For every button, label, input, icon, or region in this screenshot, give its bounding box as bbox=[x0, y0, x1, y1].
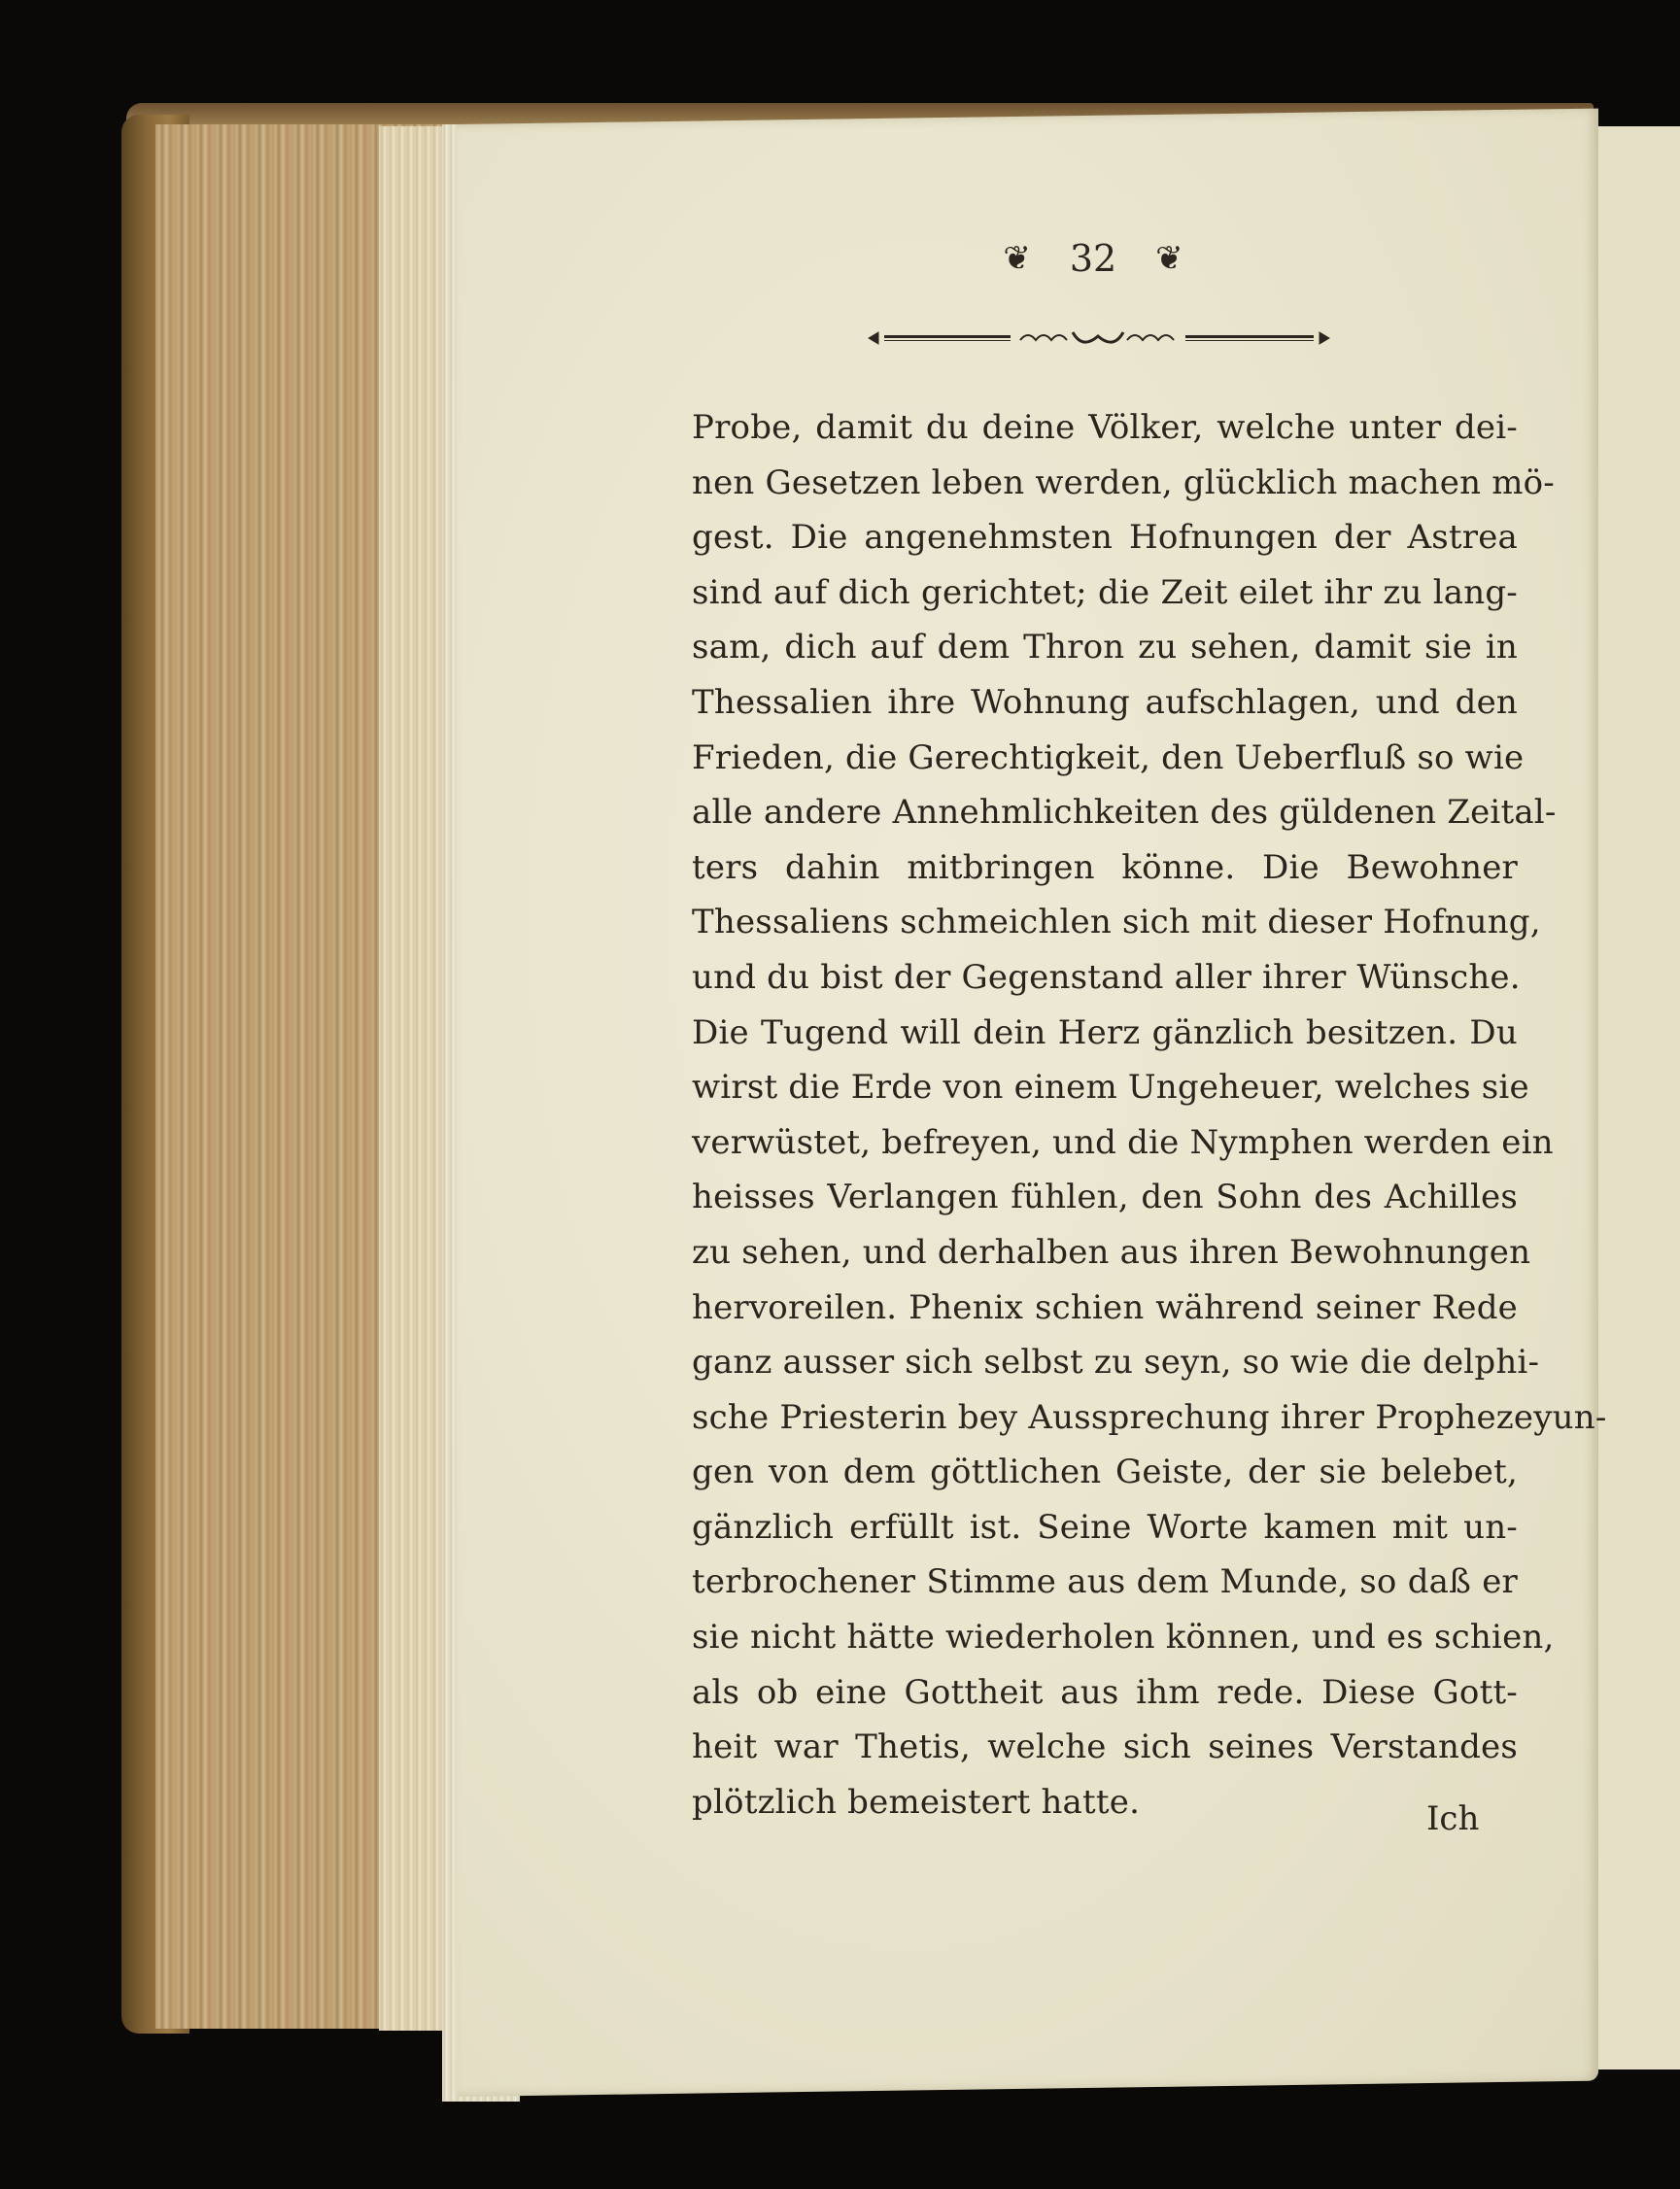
text-line: Probe, damit du deine Völker, welche unt… bbox=[692, 400, 1518, 456]
fleuron-right-icon: ❦ bbox=[1155, 239, 1183, 278]
text-line: zu sehen, und derhalben aus ihren Bewohn… bbox=[692, 1225, 1518, 1281]
fleuron-left-icon: ❦ bbox=[1003, 239, 1031, 278]
text-line: nen Gesetzen leben werden, glücklich mac… bbox=[692, 456, 1518, 511]
catchword: Ich bbox=[1426, 1799, 1479, 1838]
ornamental-rule-icon bbox=[865, 326, 1336, 350]
text-line: alle andere Annehmlichkeiten des güldene… bbox=[692, 785, 1518, 840]
text-line: hervoreilen. Phenix schien während seine… bbox=[692, 1281, 1518, 1336]
text-line: sie nicht hätte wiederholen können, und … bbox=[692, 1610, 1518, 1665]
text-line: und du bist der Gegenstand aller ihrer W… bbox=[692, 950, 1518, 1006]
body-text: Probe, damit du deine Völker, welche unt… bbox=[692, 400, 1518, 1830]
text-line: plötzlich bemeistert hatte. bbox=[692, 1775, 1518, 1830]
text-line: heit war Thetis, welche sich seines Vers… bbox=[692, 1720, 1518, 1775]
running-header: ❦ 32 ❦ bbox=[967, 229, 1219, 288]
text-line: ters dahin mitbringen könne. Die Bewohne… bbox=[692, 840, 1518, 896]
text-line: terbrochener Stimme aus dem Munde, so da… bbox=[692, 1555, 1518, 1610]
text-line: ganz ausser sich selbst zu seyn, so wie … bbox=[692, 1335, 1518, 1390]
text-line: gest. Die angenehmsten Hofnungen der Ast… bbox=[692, 510, 1518, 565]
text-line: Die Tugend will dein Herz gänzlich besit… bbox=[692, 1006, 1518, 1061]
text-line: sam, dich auf dem Thron zu sehen, damit … bbox=[692, 620, 1518, 675]
text-line: sche Priesterin bey Aussprechung ihrer P… bbox=[692, 1390, 1518, 1446]
text-line: gänzlich erfüllt ist. Seine Worte kamen … bbox=[692, 1500, 1518, 1556]
text-line: verwüstet, befreyen, und die Nymphen wer… bbox=[692, 1115, 1518, 1171]
page-number: 32 bbox=[1070, 237, 1116, 280]
text-line: sind auf dich gerichtet; die Zeit eilet … bbox=[692, 565, 1518, 621]
next-page-edge bbox=[1587, 126, 1680, 2069]
text-line: heisses Verlangen fühlen, den Sohn des A… bbox=[692, 1170, 1518, 1225]
text-line: als ob eine Gottheit aus ihm rede. Diese… bbox=[692, 1665, 1518, 1721]
text-line: Thessaliens schmeichlen sich mit dieser … bbox=[692, 895, 1518, 950]
text-line: gen von dem göttlichen Geiste, der sie b… bbox=[692, 1445, 1518, 1500]
text-line: wirst die Erde von einem Ungeheuer, welc… bbox=[692, 1060, 1518, 1115]
text-line: Thessalien ihre Wohnung aufschlagen, und… bbox=[692, 675, 1518, 731]
text-line: Frieden, die Gerechtigkeit, den Ueberflu… bbox=[692, 731, 1518, 786]
